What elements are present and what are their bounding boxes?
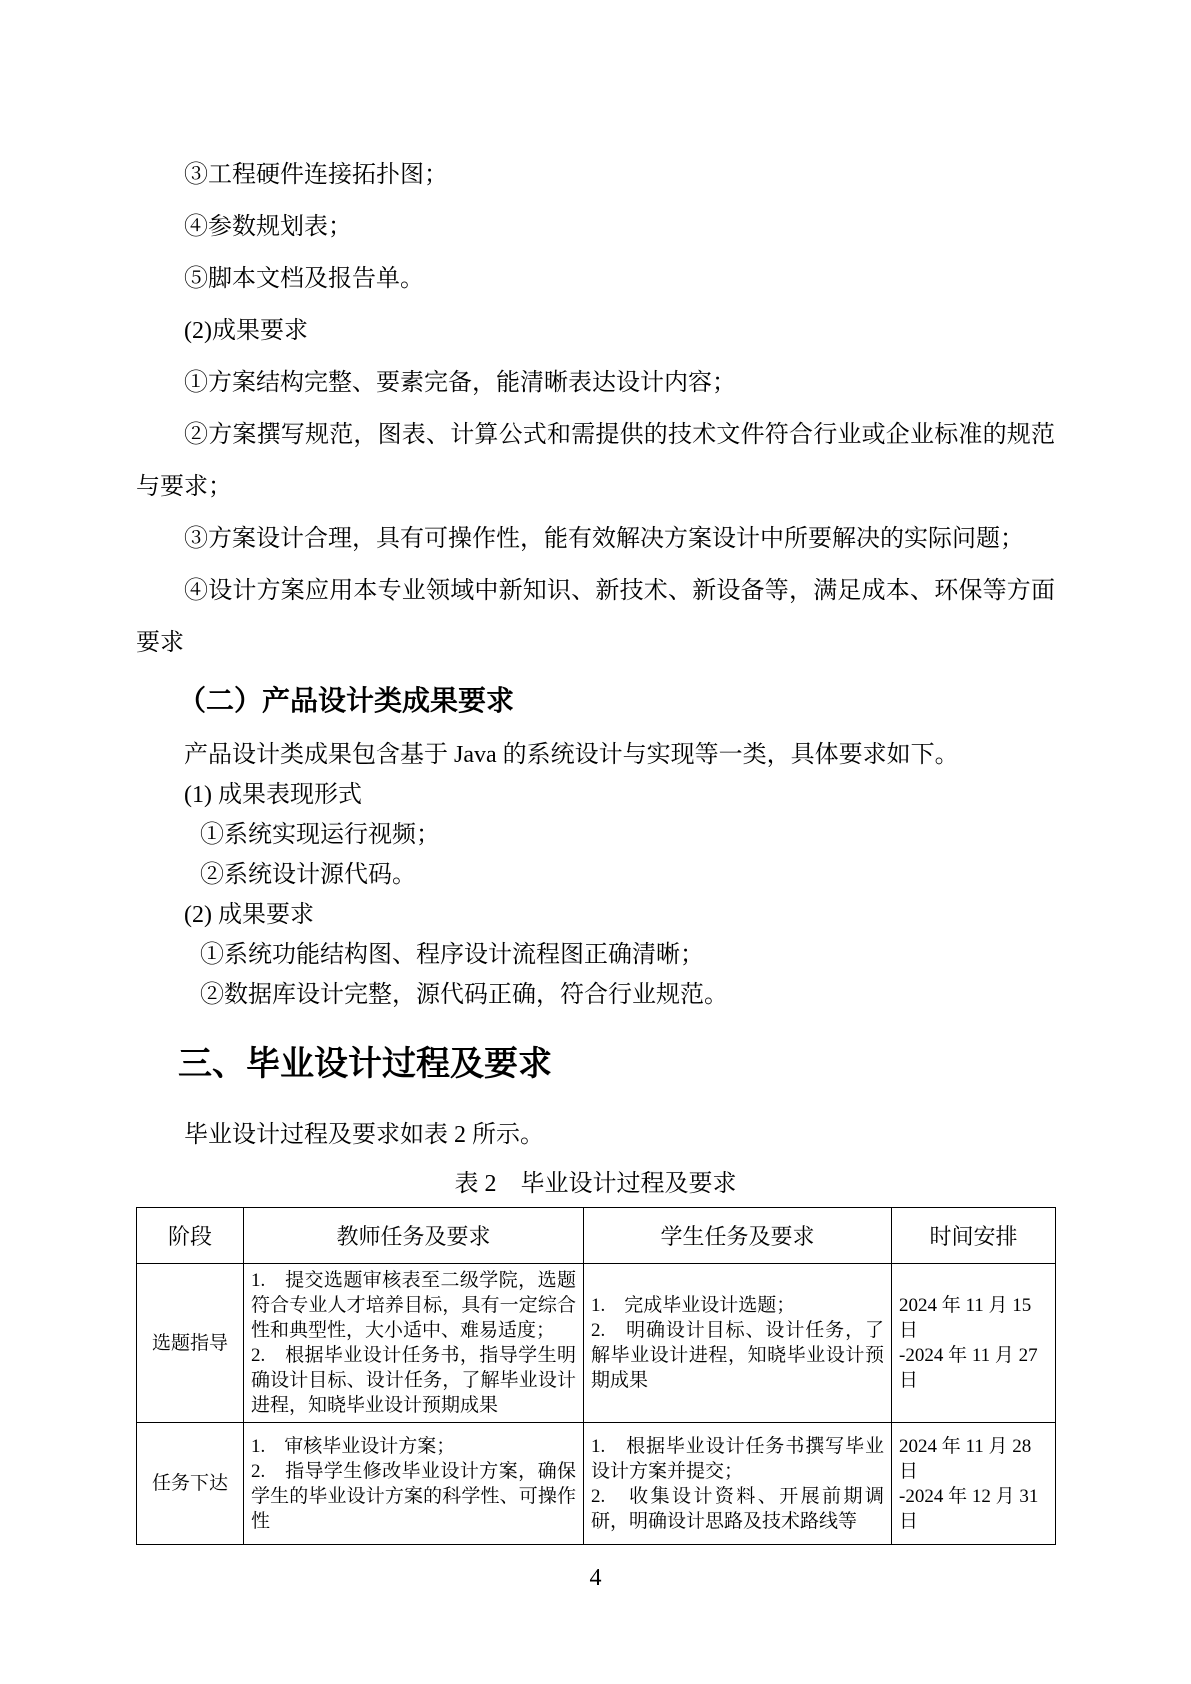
header-teacher-tasks: 教师任务及要求	[244, 1208, 584, 1264]
paragraph-requirement-3: ③方案设计合理，具有可操作性，能有效解决方案设计中所要解决的实际问题；	[136, 513, 1055, 565]
stage-cell: 选题指导	[137, 1264, 244, 1423]
paragraph-requirement-2: ②方案撰写规范，图表、计算公式和需提供的技术文件符合行业或企业标准的规范与要求；	[136, 409, 1055, 513]
paragraph-result-req-1: ①系统功能结构图、程序设计流程图正确清晰；	[136, 935, 1055, 975]
page-content: ③工程硬件连接拓扑图； ④参数规划表； ⑤脚本文档及报告单。 (2)成果要求 ①…	[0, 0, 1191, 1593]
paragraph-result-form-1: ①系统实现运行视频；	[136, 815, 1055, 855]
paragraph-result-form-2: ②系统设计源代码。	[136, 855, 1055, 895]
time-cell: 2024 年 11 月 28 日 -2024 年 12 月 31 日	[892, 1423, 1056, 1545]
stage-cell: 任务下达	[137, 1423, 244, 1545]
table-row-topic-guidance: 选题指导 1. 提交选题审核表至二级学院，选题符合专业人才培养目标，具有一定综合…	[137, 1264, 1056, 1423]
paragraph-result-form-label: (1) 成果表现形式	[136, 775, 1055, 815]
table-header-row: 阶段 教师任务及要求 学生任务及要求 时间安排	[137, 1208, 1056, 1264]
section-heading-product-design-results: （二）产品设计类成果要求	[136, 679, 1055, 725]
paragraph-requirement-1: ①方案结构完整、要素完备，能清晰表达设计内容；	[136, 357, 1055, 409]
time-cell: 2024 年 11 月 15 日 -2024 年 11 月 27 日	[892, 1264, 1056, 1423]
paragraph-process-intro: 毕业设计过程及要求如表 2 所示。	[136, 1109, 1055, 1161]
section-heading-process-requirements: 三、毕业设计过程及要求	[136, 1039, 1055, 1089]
paragraph-product-design-intro: 产品设计类成果包含基于 Java 的系统设计与实现等一类，具体要求如下。	[136, 735, 1055, 775]
paragraph-item-4: ④参数规划表；	[136, 201, 1055, 253]
header-student-tasks: 学生任务及要求	[584, 1208, 892, 1264]
paragraph-result-req-label: (2) 成果要求	[136, 895, 1055, 935]
paragraph-item-3: ③工程硬件连接拓扑图；	[136, 149, 1055, 201]
page-number: 4	[136, 1563, 1055, 1593]
header-schedule: 时间安排	[892, 1208, 1056, 1264]
student-tasks-cell: 1. 根据毕业设计任务书撰写毕业设计方案并提交； 2. 收集设计资料、开展前期调…	[584, 1423, 892, 1545]
document-page: ③工程硬件连接拓扑图； ④参数规划表； ⑤脚本文档及报告单。 (2)成果要求 ①…	[0, 0, 1191, 1684]
paragraph-requirement-4: ④设计方案应用本专业领域中新知识、新技术、新设备等，满足成本、环保等方面要求	[136, 565, 1055, 669]
table-caption: 表 2 毕业设计过程及要求	[136, 1165, 1055, 1203]
process-requirements-table: 阶段 教师任务及要求 学生任务及要求 时间安排 选题指导 1. 提交选题审核表至…	[136, 1207, 1056, 1545]
paragraph-result-requirements-label: (2)成果要求	[136, 305, 1055, 357]
header-stage: 阶段	[137, 1208, 244, 1264]
student-tasks-cell: 1. 完成毕业设计选题； 2. 明确设计目标、设计任务，了解毕业设计进程，知晓毕…	[584, 1264, 892, 1423]
teacher-tasks-cell: 1. 提交选题审核表至二级学院，选题符合专业人才培养目标，具有一定综合性和典型性…	[244, 1264, 584, 1423]
paragraph-item-5: ⑤脚本文档及报告单。	[136, 253, 1055, 305]
teacher-tasks-cell: 1. 审核毕业设计方案； 2. 指导学生修改毕业设计方案，确保学生的毕业设计方案…	[244, 1423, 584, 1545]
table-row-task-assignment: 任务下达 1. 审核毕业设计方案； 2. 指导学生修改毕业设计方案，确保学生的毕…	[137, 1423, 1056, 1545]
paragraph-result-req-2: ②数据库设计完整，源代码正确，符合行业规范。	[136, 975, 1055, 1015]
